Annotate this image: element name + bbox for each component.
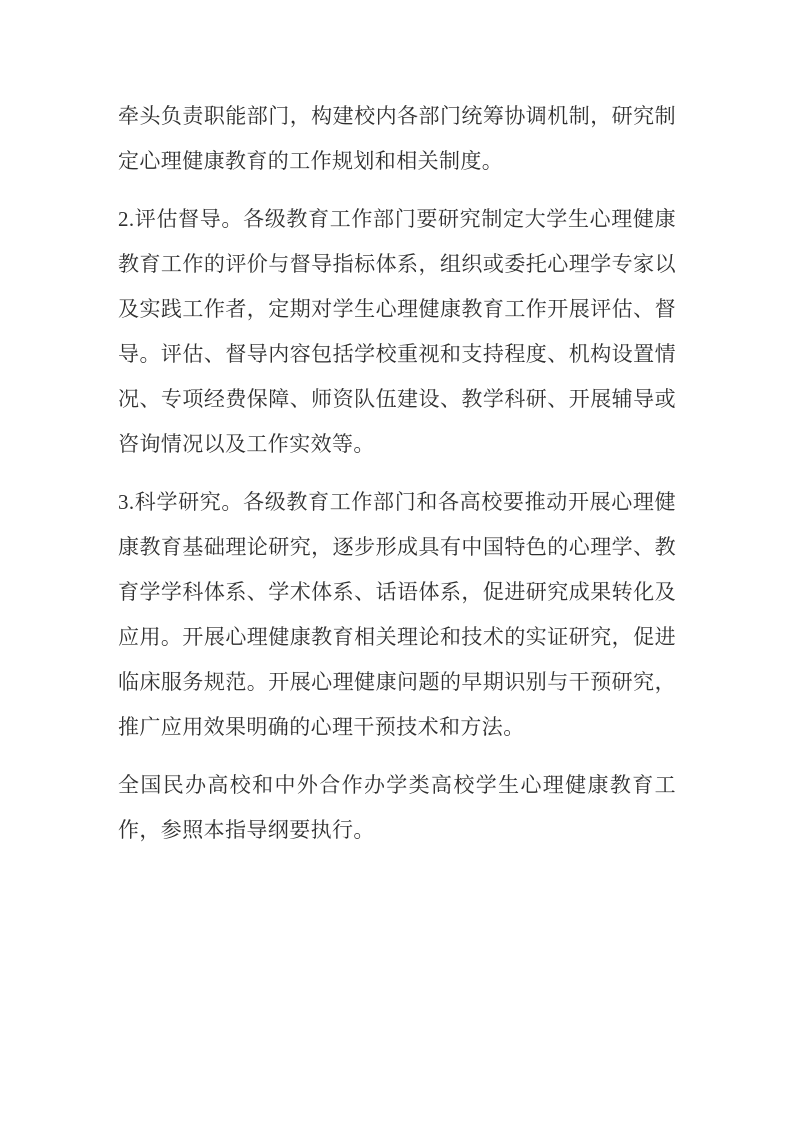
text-line: 推广应用效果明确的心理干预技术和方法。	[118, 705, 676, 750]
paragraph-continuation: 牵头负责职能部门，构建校内各部门统筹协调机制，研究制 定心理健康教育的工作规划和…	[118, 94, 676, 184]
text-line: 育学学科体系、学术体系、话语体系，促进研究成果转化及	[118, 570, 676, 615]
paragraph-item-2-evaluation-supervision: 2.评估督导。各级教育工作部门要研究制定大学生心理健康 教育工作的评价与督导指标…	[118, 197, 676, 467]
text-line: 3.科学研究。各级教育工作部门和各高校要推动开展心理健	[118, 480, 676, 525]
text-line: 况、专项经费保障、师资队伍建设、教学科研、开展辅导或	[118, 377, 676, 422]
document-content: 牵头负责职能部门，构建校内各部门统筹协调机制，研究制 定心理健康教育的工作规划和…	[118, 94, 676, 866]
text-line: 及实践工作者，定期对学生心理健康教育工作开展评估、督	[118, 287, 676, 332]
text-line: 牵头负责职能部门，构建校内各部门统筹协调机制，研究制	[118, 94, 676, 139]
text-line: 定心理健康教育的工作规划和相关制度。	[118, 139, 676, 184]
paragraph-closing: 全国民办高校和中外合作办学类高校学生心理健康教育工 作，参照本指导纲要执行。	[118, 763, 676, 853]
text-line: 全国民办高校和中外合作办学类高校学生心理健康教育工	[118, 763, 676, 808]
text-line: 作，参照本指导纲要执行。	[118, 808, 676, 853]
text-line: 2.评估督导。各级教育工作部门要研究制定大学生心理健康	[118, 197, 676, 242]
text-line: 咨询情况以及工作实效等。	[118, 422, 676, 467]
paragraph-item-3-scientific-research: 3.科学研究。各级教育工作部门和各高校要推动开展心理健 康教育基础理论研究，逐步…	[118, 480, 676, 750]
text-line: 导。评估、督导内容包括学校重视和支持程度、机构设置情	[118, 332, 676, 377]
text-line: 应用。开展心理健康教育相关理论和技术的实证研究，促进	[118, 615, 676, 660]
text-line: 康教育基础理论研究，逐步形成具有中国特色的心理学、教	[118, 525, 676, 570]
text-line: 临床服务规范。开展心理健康问题的早期识别与干预研究，	[118, 660, 676, 705]
document-page: 牵头负责职能部门，构建校内各部门统筹协调机制，研究制 定心理健康教育的工作规划和…	[0, 0, 793, 1122]
text-line: 教育工作的评价与督导指标体系，组织或委托心理学专家以	[118, 242, 676, 287]
